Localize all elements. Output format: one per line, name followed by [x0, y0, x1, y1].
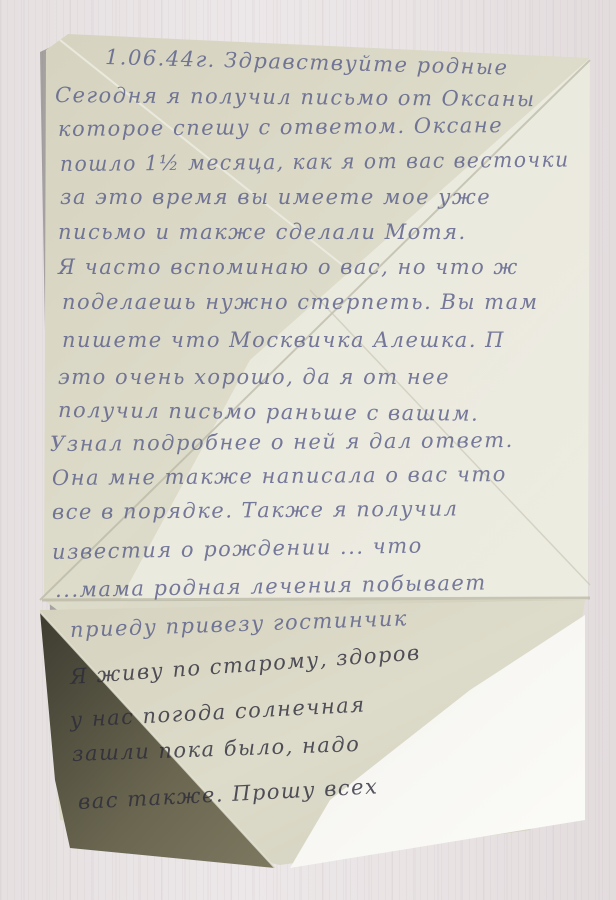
folded-letter — [0, 0, 616, 900]
letter-photo: 1.06.44г. Здравствуйте родные Сегодня я … — [0, 0, 616, 900]
crease-line — [42, 598, 590, 600]
